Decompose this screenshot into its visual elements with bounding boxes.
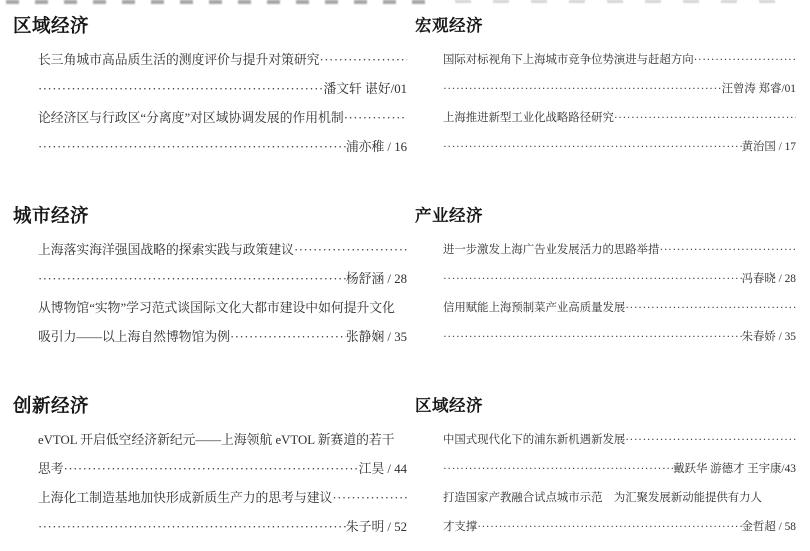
entry-authors-page: 潘文轩 谌好/01 <box>323 75 407 104</box>
entry-title-text: 思考 <box>38 455 64 484</box>
toc-entry: 国际对标视角下上海城市竞争位势演进与赶超方向··················… <box>443 46 796 104</box>
dot-leader: ········································… <box>38 75 323 104</box>
toc-line: 进一步激发上海广告业发展活力的思路举措·····················… <box>443 236 796 265</box>
toc-entry: 进一步激发上海广告业发展活力的思路举措·····················… <box>443 236 796 294</box>
dot-leader: ········································… <box>38 513 346 542</box>
dot-leader: ········································… <box>443 323 742 352</box>
toc-line: ········································… <box>38 133 407 162</box>
entry-title-text: 打造国家产教融合试点城市示范 为汇聚发展新动能提供有力人 <box>443 484 762 513</box>
entry-title-text: 上海推进新型工业化战略路径研究 <box>443 104 614 133</box>
toc-line: 长三角城市高品质生活的测度评价与提升对策研究··················… <box>38 46 407 75</box>
entry-authors-page: 朱子明 / 52 <box>346 513 407 542</box>
section-heading: 区域经济 <box>415 394 796 418</box>
toc-line: 从博物馆“实物”学习范式谈国际文化大都市建设中如何提升文化 <box>38 294 407 323</box>
toc-line: 上海化工制造基地加快形成新质生产力的思考与建议·················… <box>38 484 407 513</box>
toc-column-right: 宏观经济国际对标视角下上海城市竞争位势演进与赶超方向··············… <box>415 14 796 542</box>
section-heading: 城市经济 <box>13 204 407 228</box>
toc-entry: 中国式现代化下的浦东新机遇新发展························… <box>443 426 796 484</box>
dot-leader: ········································… <box>64 455 359 484</box>
dot-leader: ········································… <box>443 455 673 484</box>
toc-entry: 上海落实海洋强国战略的探索实践与政策建议····················… <box>38 236 407 294</box>
toc-entry: 从博物馆“实物”学习范式谈国际文化大都市建设中如何提升文化吸引力——以上海自然博… <box>38 294 407 352</box>
dot-leader: ········································… <box>694 46 796 75</box>
dot-leader: ········································… <box>38 133 346 162</box>
entry-title-text: 上海落实海洋强国战略的探索实践与政策建议 <box>38 236 294 265</box>
entry-title-text: 国际对标视角下上海城市竞争位势演进与赶超方向 <box>443 46 694 75</box>
dot-leader: ········································… <box>443 75 722 104</box>
dot-leader: ········································… <box>659 236 796 265</box>
section-entries: 国际对标视角下上海城市竞争位势演进与赶超方向··················… <box>415 46 796 162</box>
dot-leader: ········································… <box>332 484 407 513</box>
section-entries: 中国式现代化下的浦东新机遇新发展························… <box>415 426 796 542</box>
toc-line: eVTOL 开启低空经济新纪元——上海领航 eVTOL 新赛道的若干 <box>38 426 407 455</box>
dot-leader: ········································… <box>477 513 741 542</box>
entry-authors-page: 朱春娇 / 35 <box>742 323 796 352</box>
section-heading: 宏观经济 <box>415 14 796 38</box>
entry-title-text: 吸引力——以上海自然博物馆为例 <box>38 323 230 352</box>
toc-line: ········································… <box>443 265 796 294</box>
dot-leader: ········································… <box>320 46 407 75</box>
entry-title-text: 从博物馆“实物”学习范式谈国际文化大都市建设中如何提升文化 <box>38 294 395 323</box>
section-entries: 长三角城市高品质生活的测度评价与提升对策研究··················… <box>13 46 407 162</box>
toc-entry: eVTOL 开启低空经济新纪元——上海领航 eVTOL 新赛道的若干思考····… <box>38 426 407 484</box>
toc-line: 才支撑·····································… <box>443 513 796 542</box>
toc-entry: 上海推进新型工业化战略路径研究·························… <box>443 104 796 162</box>
entry-authors-page: 江昊 / 44 <box>359 455 407 484</box>
entry-authors-page: 杨舒涵 / 28 <box>346 265 407 294</box>
section-heading: 区域经济 <box>13 14 407 38</box>
dot-leader: ········································… <box>614 104 796 133</box>
toc-line: 打造国家产教融合试点城市示范 为汇聚发展新动能提供有力人 <box>443 484 796 513</box>
toc-page: 区域经济长三角城市高品质生活的测度评价与提升对策研究··············… <box>0 0 810 551</box>
toc-line: 吸引力——以上海自然博物馆为例·························… <box>38 323 407 352</box>
toc-section: 宏观经济国际对标视角下上海城市竞争位势演进与赶超方向··············… <box>415 14 796 162</box>
toc-line: 论经济区与行政区“分离度”对区域协调发展的作用机制···············… <box>38 104 407 133</box>
entry-title-text: eVTOL 开启低空经济新纪元——上海领航 eVTOL 新赛道的若干 <box>38 426 395 455</box>
section-heading: 产业经济 <box>415 204 796 228</box>
toc-line: ········································… <box>38 265 407 294</box>
entry-authors-page: 金哲超 / 58 <box>742 513 796 542</box>
cropped-text-artifact-left <box>6 0 440 4</box>
toc-line: 思考······································… <box>38 455 407 484</box>
entry-authors-page: 张静娴 / 35 <box>346 323 407 352</box>
entry-title-text: 中国式现代化下的浦东新机遇新发展 <box>443 426 625 455</box>
cropped-text-artifact-right <box>455 0 795 3</box>
dot-leader: ········································… <box>230 323 346 352</box>
dot-leader: ········································… <box>443 133 742 162</box>
entry-authors-page: 黄治国 / 17 <box>742 133 796 162</box>
toc-section: 区域经济中国式现代化下的浦东新机遇新发展····················… <box>415 394 796 542</box>
toc-line: 上海推进新型工业化战略路径研究·························… <box>443 104 796 133</box>
entry-title-text: 进一步激发上海广告业发展活力的思路举措 <box>443 236 659 265</box>
toc-line: ········································… <box>443 133 796 162</box>
dot-leader: ········································… <box>625 426 796 455</box>
toc-entry: 长三角城市高品质生活的测度评价与提升对策研究··················… <box>38 46 407 104</box>
entry-authors-page: 冯春晓 / 28 <box>742 265 796 294</box>
entry-title-text: 上海化工制造基地加快形成新质生产力的思考与建议 <box>38 484 332 513</box>
toc-line: ········································… <box>443 323 796 352</box>
toc-line: ········································… <box>38 75 407 104</box>
toc-entry: 打造国家产教融合试点城市示范 为汇聚发展新动能提供有力人才支撑·········… <box>443 484 796 542</box>
dot-leader: ········································… <box>38 265 346 294</box>
entry-authors-page: 戴跃华 游德才 王宇康/43 <box>673 455 796 484</box>
section-entries: 进一步激发上海广告业发展活力的思路举措·····················… <box>415 236 796 352</box>
entry-title-text: 才支撑 <box>443 513 477 542</box>
dot-leader: ········································… <box>443 265 742 294</box>
toc-section: 产业经济进一步激发上海广告业发展活力的思路举措·················… <box>415 204 796 352</box>
toc-entry: 信用赋能上海预制菜产业高质量发展························… <box>443 294 796 352</box>
section-heading: 创新经济 <box>13 394 407 418</box>
dot-leader: ········································… <box>294 236 407 265</box>
toc-line: ········································… <box>443 455 796 484</box>
entry-title-text: 长三角城市高品质生活的测度评价与提升对策研究 <box>38 46 320 75</box>
toc-column-left: 区域经济长三角城市高品质生活的测度评价与提升对策研究··············… <box>13 14 407 542</box>
toc-entry: 论经济区与行政区“分离度”对区域协调发展的作用机制···············… <box>38 104 407 162</box>
dot-leader: ········································… <box>625 294 796 323</box>
toc-line: 国际对标视角下上海城市竞争位势演进与赶超方向··················… <box>443 46 796 75</box>
toc-line: 中国式现代化下的浦东新机遇新发展························… <box>443 426 796 455</box>
section-entries: 上海落实海洋强国战略的探索实践与政策建议····················… <box>13 236 407 352</box>
toc-line: ········································… <box>443 75 796 104</box>
entry-title-text: 论经济区与行政区“分离度”对区域协调发展的作用机制 <box>38 104 344 133</box>
dot-leader: ········································… <box>344 104 407 133</box>
toc-section: 区域经济长三角城市高品质生活的测度评价与提升对策研究··············… <box>13 14 407 162</box>
section-entries: eVTOL 开启低空经济新纪元——上海领航 eVTOL 新赛道的若干思考····… <box>13 426 407 542</box>
toc-entry: 上海化工制造基地加快形成新质生产力的思考与建议·················… <box>38 484 407 542</box>
toc-line: 信用赋能上海预制菜产业高质量发展························… <box>443 294 796 323</box>
toc-section: 创新经济eVTOL 开启低空经济新纪元——上海领航 eVTOL 新赛道的若干思考… <box>13 394 407 542</box>
entry-authors-page: 浦亦稚 / 16 <box>346 133 407 162</box>
entry-title-text: 信用赋能上海预制菜产业高质量发展 <box>443 294 625 323</box>
toc-line: ········································… <box>38 513 407 542</box>
toc-section: 城市经济上海落实海洋强国战略的探索实践与政策建议················… <box>13 204 407 352</box>
toc-line: 上海落实海洋强国战略的探索实践与政策建议····················… <box>38 236 407 265</box>
entry-authors-page: 汪曾涛 郑睿/01 <box>722 75 796 104</box>
cropped-text-artifact <box>0 0 810 5</box>
